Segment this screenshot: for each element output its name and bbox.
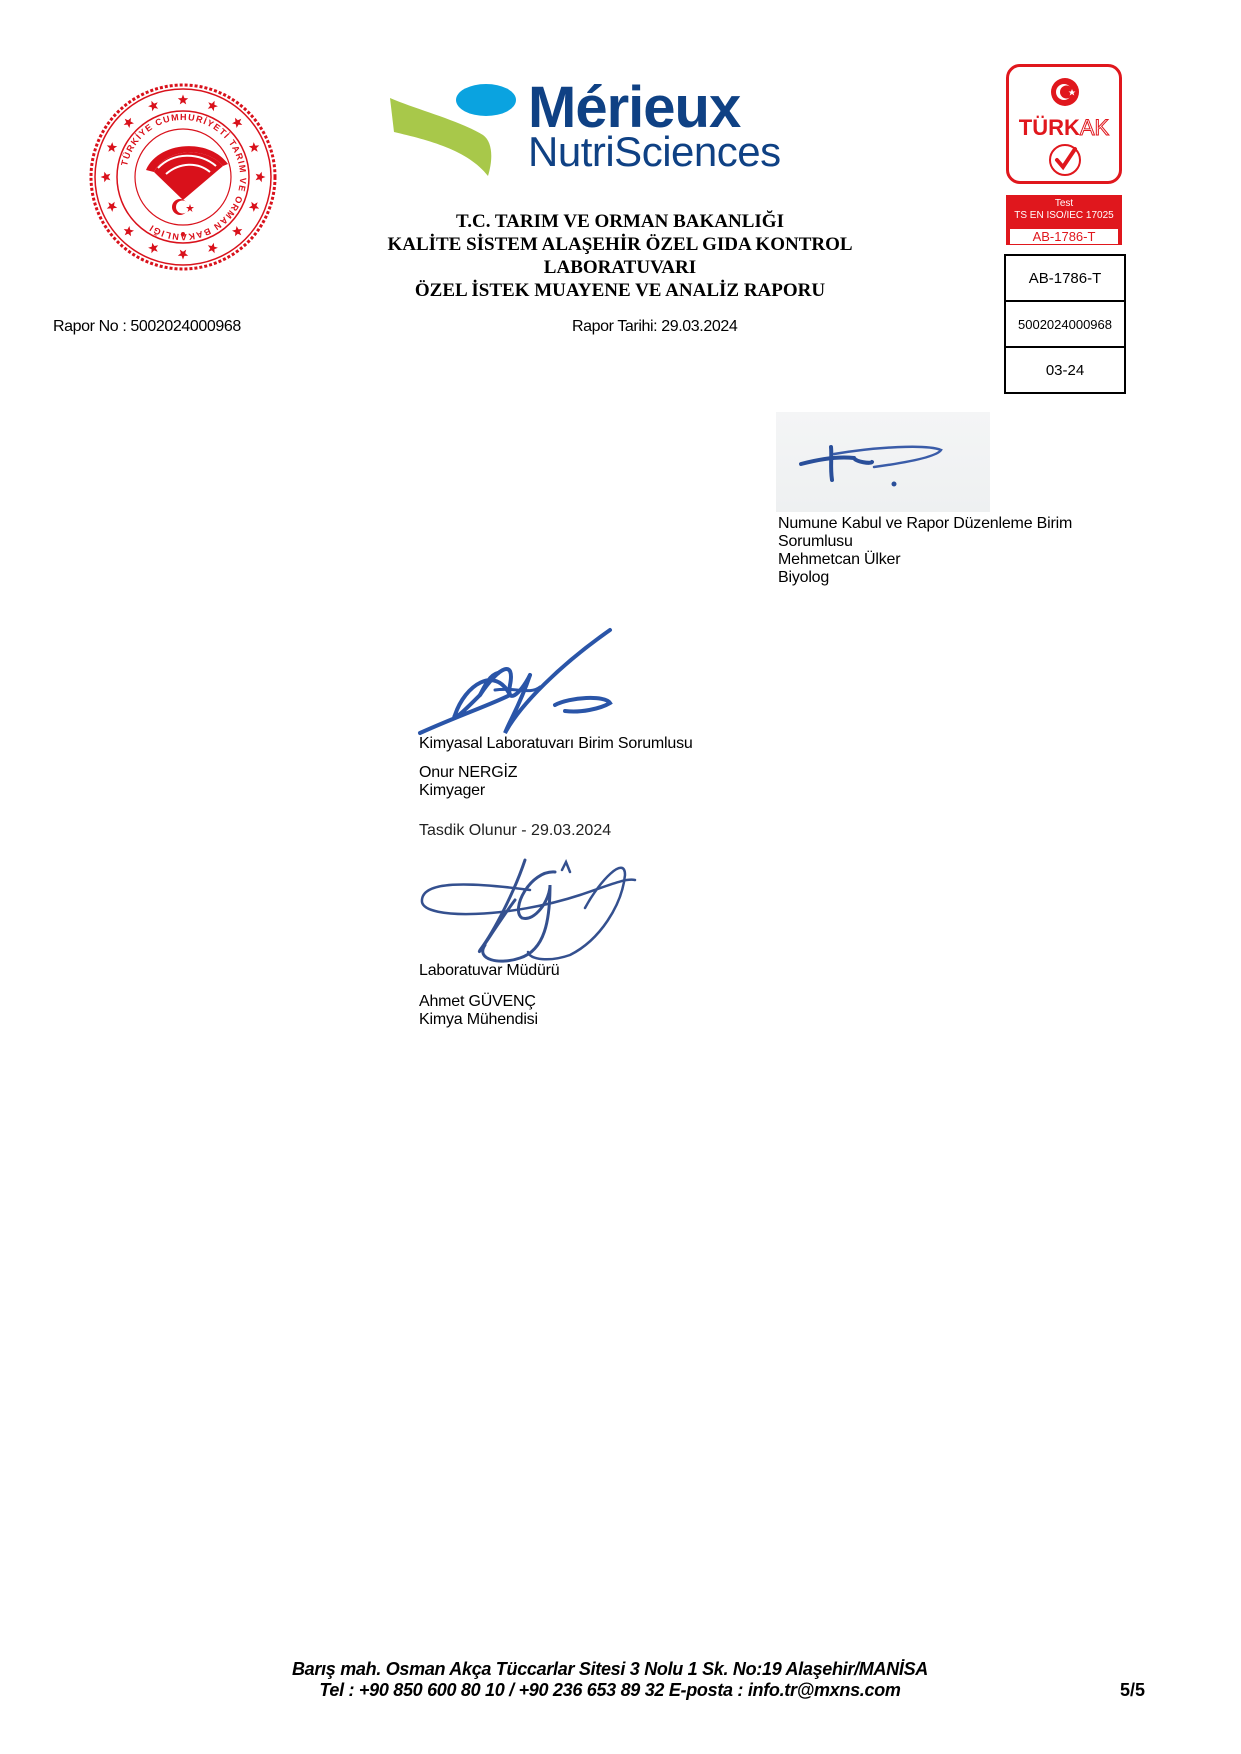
signatory-title: Laboratuvar Müdürü xyxy=(419,962,560,980)
title-line: KALİTE SİSTEM ALAŞEHİR ÖZEL GIDA KONTROL xyxy=(340,233,900,256)
signatory-block: Onur NERGİZ Kimyager xyxy=(419,764,517,800)
signatory-block: Ahmet GÜVENÇ Kimya Mühendisi xyxy=(419,993,538,1029)
signatory-title: Numune Kabul ve Rapor Düzenleme Birim xyxy=(778,515,1072,533)
ministry-seal-icon: TÜRKİYE CUMHURİYETİ TARIM VE ORMAN BAKAN… xyxy=(88,82,278,272)
accreditation-code-cell: AB-1786-T xyxy=(1005,255,1125,301)
period-cell: 03-24 xyxy=(1005,347,1125,393)
title-line: LABORATUVARI xyxy=(340,256,900,279)
signatory-name: Mehmetcan Ülker xyxy=(778,551,1072,569)
signatory-title: Sorumlusu xyxy=(778,533,1072,551)
page-number: 5/5 xyxy=(1120,1680,1145,1701)
checkmark-icon xyxy=(1048,143,1082,177)
signatory-name: Onur NERGİZ xyxy=(419,764,517,782)
accreditation-code-table: AB-1786-T 5002024000968 03-24 xyxy=(1004,254,1126,394)
crescent-star-icon xyxy=(1050,77,1080,107)
signatory-profession: Kimya Mühendisi xyxy=(419,1011,538,1029)
merieux-nutrisciences-logo: Mérieux NutriSciences xyxy=(388,80,848,180)
signatory-title: Kimyasal Laboratuvarı Birim Sorumlusu xyxy=(419,735,693,753)
turkak-accreditation-code: AB-1786-T xyxy=(1010,229,1118,244)
blue-dot-icon xyxy=(456,84,516,116)
footer-contact: Barış mah. Osman Akça Tüccarlar Sitesi 3… xyxy=(200,1659,1020,1701)
report-date: Rapor Tarihi: 29.03.2024 xyxy=(572,318,737,336)
report-number-cell: 5002024000968 xyxy=(1005,301,1125,347)
turkak-accreditation-badge: TÜRKAK xyxy=(1006,64,1122,184)
footer-address: Barış mah. Osman Akça Tüccarlar Sitesi 3… xyxy=(200,1659,1020,1680)
report-number: Rapor No : 5002024000968 xyxy=(53,318,241,336)
signature-image xyxy=(776,412,990,512)
signatory-profession: Kimyager xyxy=(419,782,517,800)
signatory-name: Ahmet GÜVENÇ xyxy=(419,993,538,1011)
signature-image xyxy=(410,840,650,970)
approval-statement: Tasdik Olunur - 29.03.2024 xyxy=(419,822,611,840)
signature-image xyxy=(410,625,630,740)
title-line: T.C. TARIM VE ORMAN BAKANLIĞI xyxy=(340,210,900,233)
footer-phone-email: Tel : +90 850 600 80 10 / +90 236 653 89… xyxy=(200,1680,1020,1701)
title-line: ÖZEL İSTEK MUAYENE VE ANALİZ RAPORU xyxy=(340,279,900,302)
signatory-profession: Biyolog xyxy=(778,569,1072,587)
logo-text-nutrisciences: NutriSciences xyxy=(528,128,781,176)
turkak-wordmark: TÜRKAK xyxy=(1009,115,1119,141)
report-title: T.C. TARIM VE ORMAN BAKANLIĞI KALİTE SİS… xyxy=(340,210,900,302)
signatory-block: Numune Kabul ve Rapor Düzenleme Birim So… xyxy=(778,515,1072,587)
